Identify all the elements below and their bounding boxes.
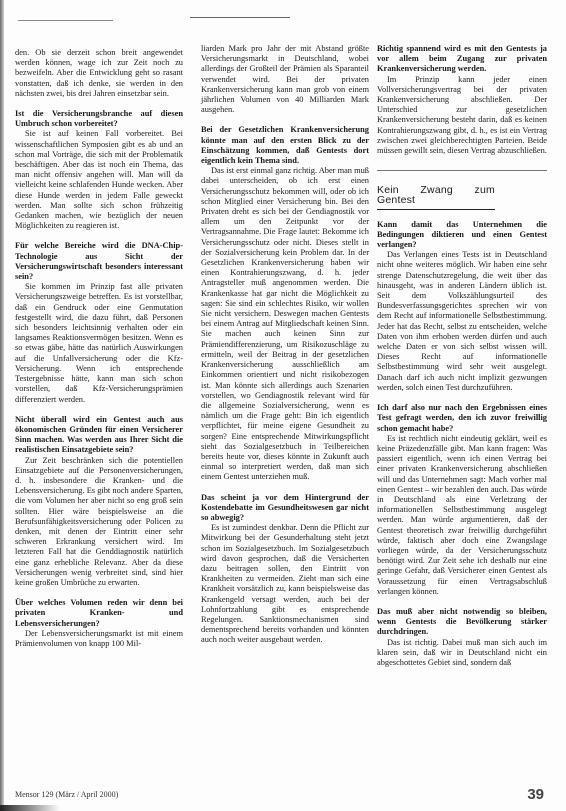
footer-issue: Mensor 129 (März / April 2000) (15, 790, 118, 799)
column-1: den. Ob sie derzeit schon breit angewend… (15, 48, 183, 649)
interview-answer: Das Verlangen eines Tests ist in Deutsch… (377, 250, 547, 393)
magazine-page: den. Ob sie derzeit schon breit angewend… (0, 0, 566, 811)
interview-answer: Es ist rechtlich nicht eindeutig geklärt… (377, 434, 547, 597)
interview-answer: Der Lebensversicherungsmarkt ist mit ein… (15, 629, 183, 649)
interview-question: Für welche Bereiche wird die DNA-Chip-Te… (15, 241, 183, 282)
interview-answer: Zur Zeit beschränken sich die potentiell… (15, 456, 183, 589)
interview-question: Ich darf also nur nach den Ergebnissen e… (377, 403, 547, 434)
interview-answer: Im Prinzip kann jeder einen Vollversiche… (377, 75, 547, 157)
interview-answer: Sie ist auf keinen Fall vorbereitet. Bei… (15, 129, 183, 231)
interview-question: Nicht überall wird ein Gentest auch aus … (15, 415, 183, 456)
interview-answer: Das ist erst einmal ganz richtig. Aber m… (201, 166, 369, 482)
interview-question: Das muß aber nicht notwendig so bleiben,… (377, 607, 547, 638)
interview-question: Richtig spannend wird es mit den Gentest… (377, 44, 547, 75)
interview-answer: Sie kommen im Prinzip fast alle privaten… (15, 282, 183, 404)
interview-question: Ist die Versicherungsbranche auf diesen … (15, 109, 183, 129)
interview-question: Bei der Gesetzlichen Krankenversicherung… (201, 125, 369, 166)
top-rule (190, 17, 290, 18)
interview-question: Kann damit das Unternehmen die Bedingung… (377, 220, 547, 251)
interview-question: Das scheint ja vor dem Hintergrund der K… (201, 493, 369, 524)
page-edge-shadow (0, 805, 60, 811)
interview-answer: Es ist zumindest denkbar. Denn die Pflic… (201, 523, 369, 645)
section-divider (377, 170, 547, 171)
page-number: 39 (527, 786, 544, 803)
interview-answer: liarden Mark pro Jahr der mit Abstand gr… (201, 44, 369, 115)
binding-shadow (0, 0, 4, 811)
interview-question: Über welches Volumen reden wir denn bei … (15, 598, 183, 629)
column-2: liarden Mark pro Jahr der mit Abstand gr… (201, 44, 369, 646)
top-rule (18, 20, 113, 21)
interview-answer: den. Ob sie derzeit schon breit angewend… (15, 48, 183, 99)
column-3: Richtig spannend wird es mit den Gentest… (377, 44, 547, 668)
interview-answer: Das ist richtig. Dabei muß man sich auch… (377, 638, 547, 669)
section-heading: Kein Zwang zum Gentest (377, 185, 495, 209)
